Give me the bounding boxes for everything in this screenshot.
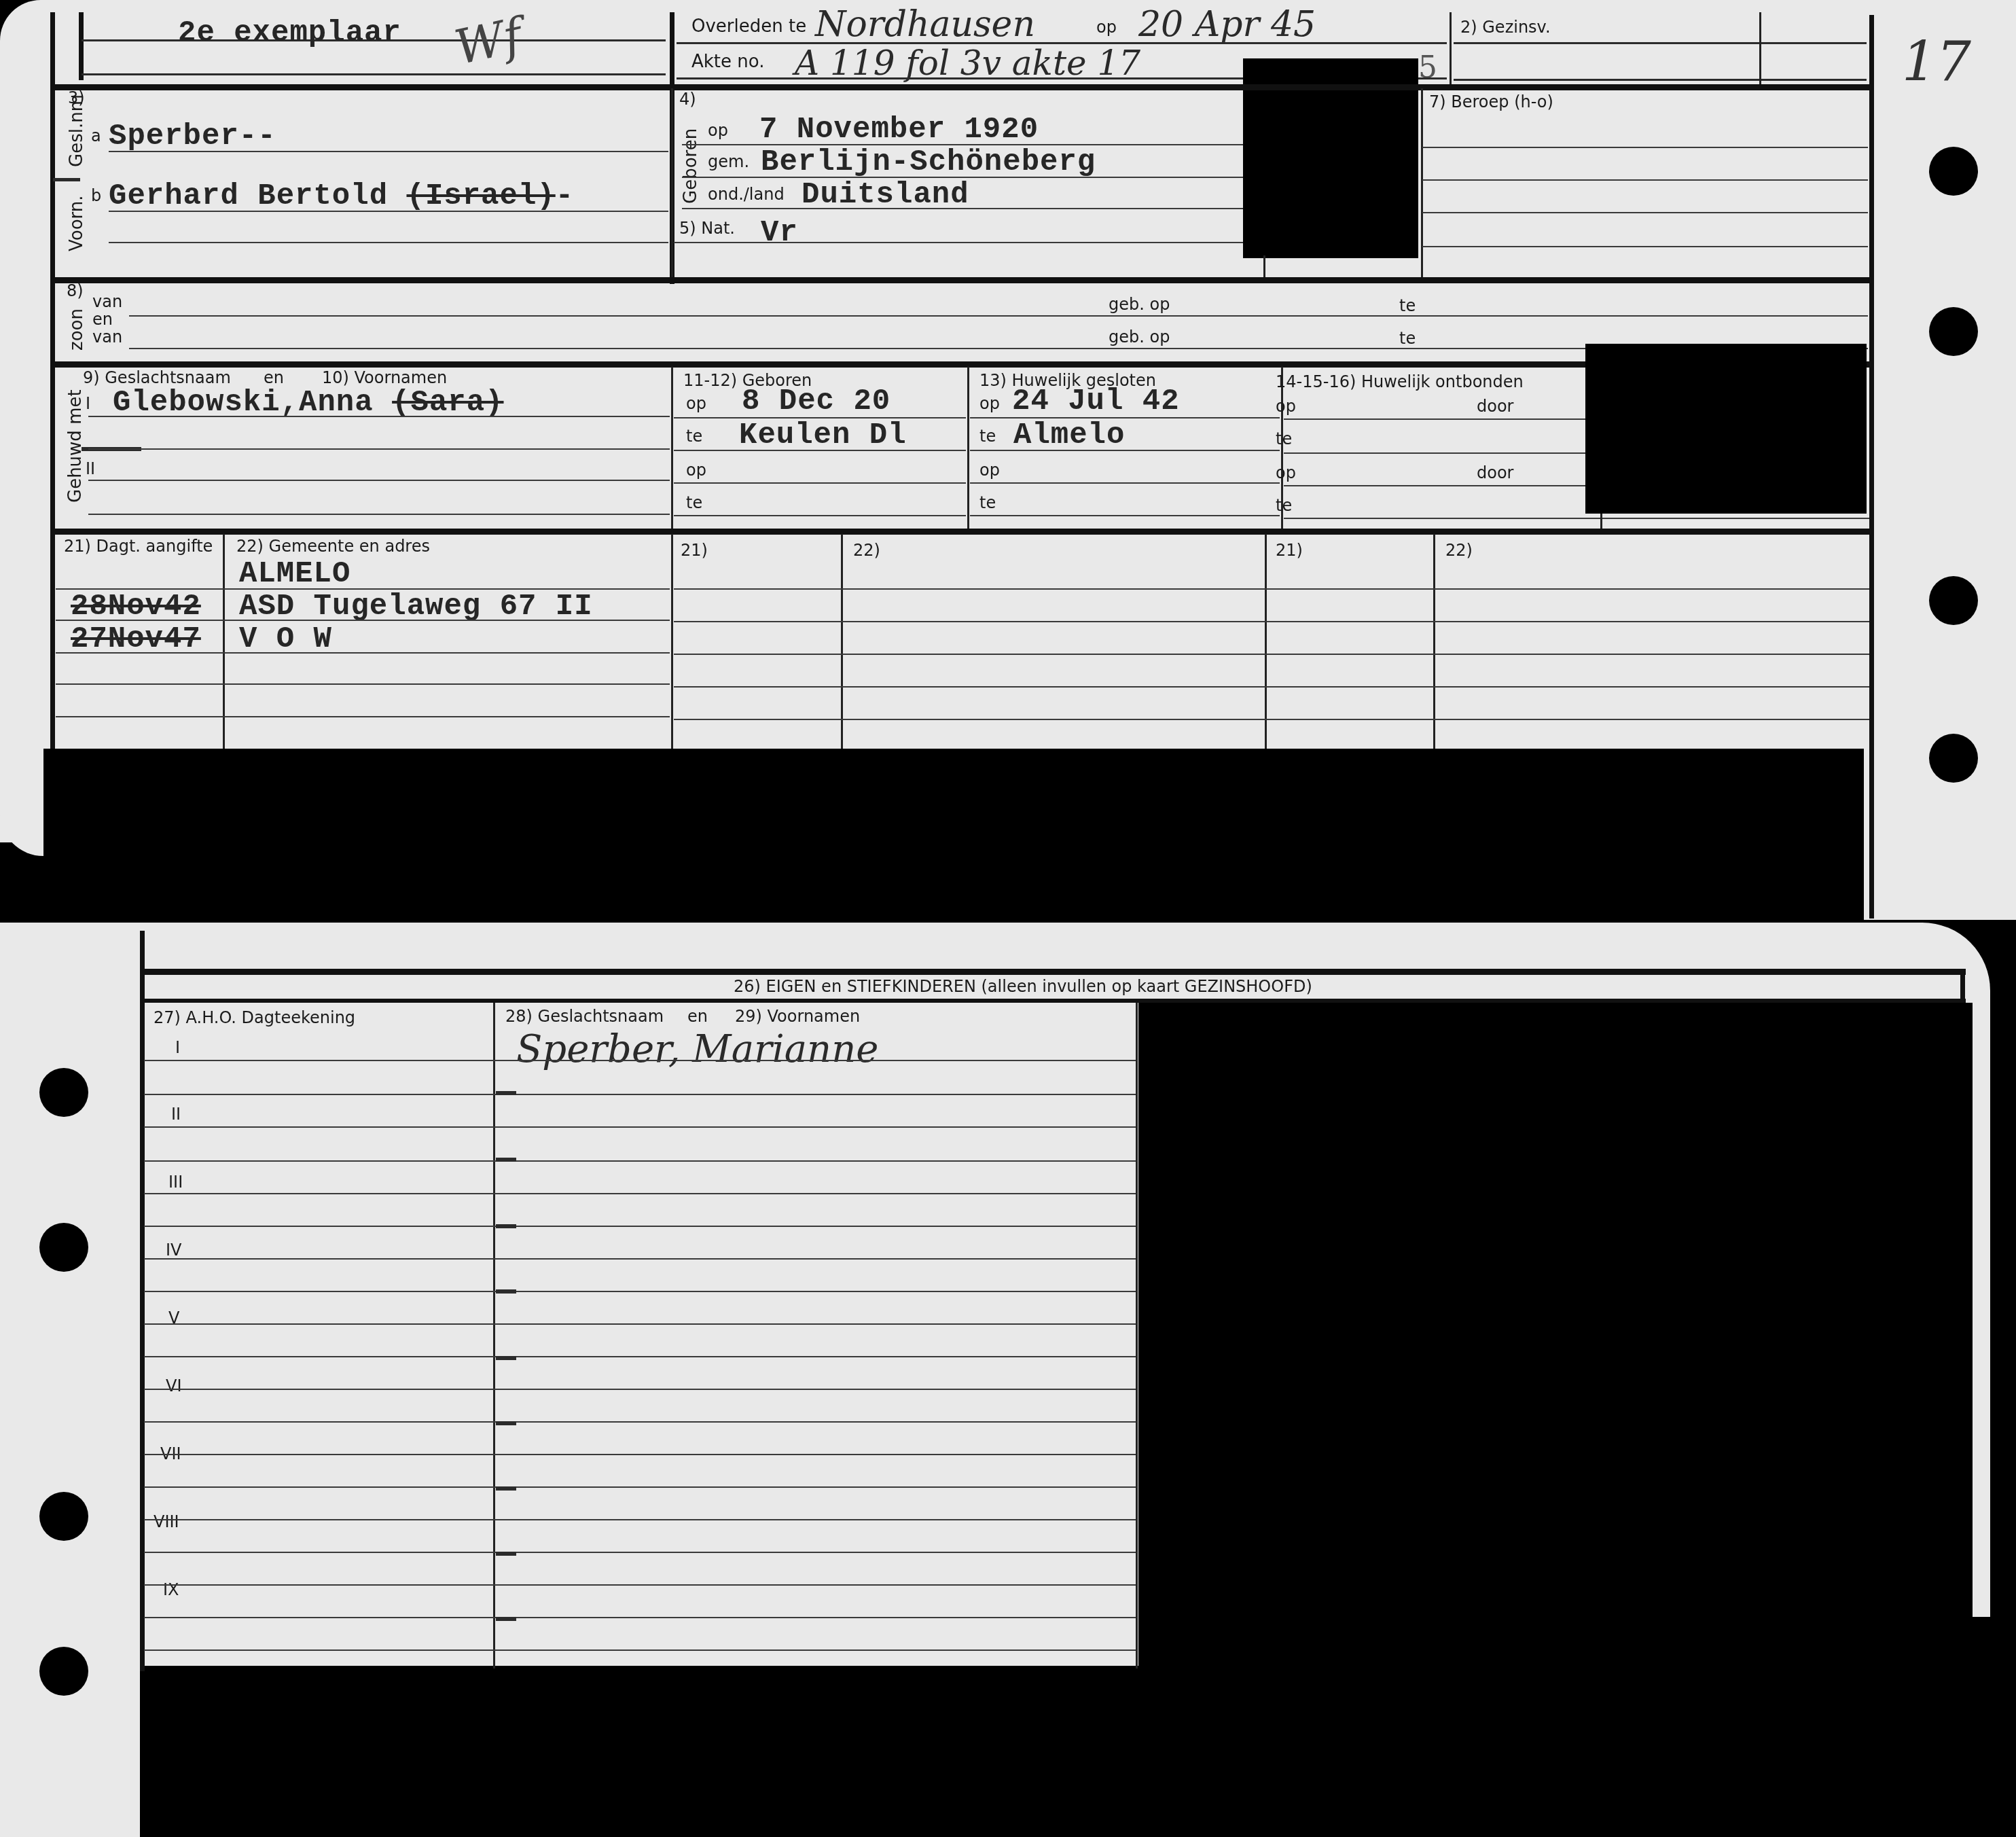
- spouse-born-te: te: [686, 427, 702, 446]
- overleden-label: Overleden te: [691, 16, 806, 37]
- div-door1: door: [1477, 397, 1513, 416]
- addr-col21-header: 21) Dagt. aangifte: [64, 537, 213, 556]
- wed-date: 24 Jul 42: [1012, 385, 1180, 418]
- firstnames-value: Gerhard Bertold (Israel)-: [109, 179, 574, 213]
- child-row-0-name: Sperber, Marianne: [516, 1027, 878, 1071]
- binder-hole: [39, 1492, 88, 1541]
- wed-op2: op: [979, 461, 1000, 480]
- marriage-header-voornamen: 10) Voornamen: [322, 368, 447, 387]
- bottom-frame-left: [140, 931, 145, 1671]
- binder-hole: [1929, 307, 1978, 356]
- firstname-side-label: Voorn.: [67, 195, 87, 251]
- spouse-born-place: Keulen Dl: [739, 418, 907, 452]
- binder-hole: [1929, 147, 1978, 196]
- redaction-top-3: [43, 749, 1864, 920]
- birth-municipality: Berlijn-Schöneberg: [761, 145, 1096, 179]
- nationality-value: Vr: [761, 216, 798, 250]
- wed-te: te: [979, 427, 996, 446]
- te-2: te: [1399, 329, 1416, 348]
- akte-suffix: 5: [1418, 50, 1437, 85]
- te-1: te: [1399, 296, 1416, 315]
- birth-side-label: Geboren: [681, 128, 701, 204]
- child-row-3-marker: IV: [166, 1241, 182, 1260]
- binder-hole: [1929, 576, 1978, 625]
- page-mark: 17: [1902, 30, 1971, 93]
- a-marker: a: [91, 126, 101, 145]
- birth-gem-label: gem.: [708, 152, 749, 171]
- frame-right: [1869, 15, 1874, 918]
- addr-row-2-address: V O W: [239, 622, 332, 656]
- spouse-name: Glebowski,Anna (Sara): [113, 386, 504, 420]
- col28-header: 28) Geslachtsnaam: [505, 1007, 664, 1026]
- akte-label: Akte no.: [691, 52, 765, 72]
- child-row-2-marker: III: [168, 1173, 183, 1192]
- binder-hole: [1929, 734, 1978, 783]
- col27-header: 27) A.H.O. Dagteekening: [154, 1008, 355, 1027]
- geb-op-1: geb. op: [1109, 295, 1170, 314]
- geb-op-2: geb. op: [1109, 327, 1170, 346]
- redaction-bottom-right: [1138, 1003, 1973, 1669]
- beroep-label: 7) Beroep (h-o): [1429, 92, 1553, 111]
- col29-header: 29) Voornamen: [735, 1007, 860, 1026]
- wed-te2: te: [979, 493, 996, 512]
- addr-row-2-date: 27Nov47: [71, 622, 201, 656]
- children-title: 26) EIGEN en STIEFKINDEREN (alleen invul…: [734, 977, 1312, 996]
- div-op1: op: [1276, 397, 1296, 416]
- birth-date: 7 November 1920: [759, 113, 1039, 147]
- van-label-1: van: [92, 292, 122, 311]
- redaction-top-2: [1585, 344, 1867, 514]
- binder-hole: [39, 1068, 88, 1117]
- spouse-born-op: op: [686, 394, 706, 413]
- death-op-label: op: [1096, 18, 1117, 37]
- birth-land-label: ond./land: [708, 185, 785, 204]
- addr-col22c-header: 22): [1445, 541, 1473, 560]
- addr-row-0-address: ALMELO: [239, 557, 350, 591]
- child-row-1-marker: II: [171, 1105, 181, 1124]
- death-place: Nordhausen: [815, 4, 1035, 45]
- div-te2: te: [1276, 496, 1292, 515]
- en-label: en: [92, 310, 113, 329]
- marriage-header-en: en: [264, 368, 284, 387]
- frame-left: [50, 12, 55, 760]
- surname-value: Sperber--: [109, 120, 276, 154]
- addr-col22b-header: 22): [853, 541, 880, 560]
- spouse-born-date: 8 Dec 20: [742, 385, 890, 418]
- addr-row-1-address: ASD Tugelaweg 67 II: [239, 590, 593, 624]
- div-door2: door: [1477, 463, 1513, 482]
- binder-hole: [39, 1223, 88, 1272]
- addr-row-1-date: 28Nov42: [71, 590, 201, 624]
- parents-side-label: zoon: [67, 308, 87, 351]
- addr-col21b-header: 21): [681, 541, 708, 560]
- col-en: en: [687, 1007, 708, 1026]
- spouse-born-op2: op: [686, 461, 706, 480]
- nat-label: 5) Nat.: [679, 219, 735, 238]
- birth-op-label: op: [708, 121, 728, 140]
- marriage-header-name: 9) Geslachtsnaam: [83, 368, 231, 387]
- wed-op: op: [979, 394, 1000, 413]
- spouse-struck: (Sara): [392, 386, 503, 420]
- redaction-bottom-lower: [140, 1666, 1981, 1837]
- spouse-born-te2: te: [686, 493, 702, 512]
- parents-section-no: 8): [67, 281, 84, 300]
- child-row-8-marker: IX: [163, 1580, 179, 1599]
- birth-country: Duitsland: [802, 178, 969, 212]
- wed-place: Almelo: [1013, 418, 1125, 452]
- surname-side-label: Gesl.nm: [67, 94, 87, 167]
- child-row-0-marker: I: [175, 1038, 180, 1057]
- van-label-2: van: [92, 327, 122, 346]
- div-op2: op: [1276, 463, 1296, 482]
- div-te1: te: [1276, 429, 1292, 448]
- copy-label: 2e exemplaar: [178, 16, 401, 50]
- gezinsv-label: 2) Gezinsv.: [1460, 18, 1551, 37]
- child-row-7-marker: VIII: [154, 1512, 179, 1531]
- death-date: 20 Apr 45: [1138, 4, 1316, 45]
- b-marker: b: [91, 186, 101, 205]
- marriage-row1-marker: I: [86, 394, 90, 413]
- marriage-row2-marker: II: [86, 459, 95, 478]
- firstnames-struck: (Israel): [406, 179, 555, 213]
- addr-col21c-header: 21): [1276, 541, 1303, 560]
- child-row-5-marker: VI: [166, 1376, 182, 1395]
- div-header: 14-15-16) Huwelijk ontbonden: [1276, 372, 1524, 391]
- birth-section-no: 4): [679, 90, 696, 109]
- addr-col22-header: 22) Gemeente en adres: [236, 537, 430, 556]
- binder-hole: [39, 1647, 88, 1696]
- marriage-side-label: Gehuwd met: [65, 389, 86, 503]
